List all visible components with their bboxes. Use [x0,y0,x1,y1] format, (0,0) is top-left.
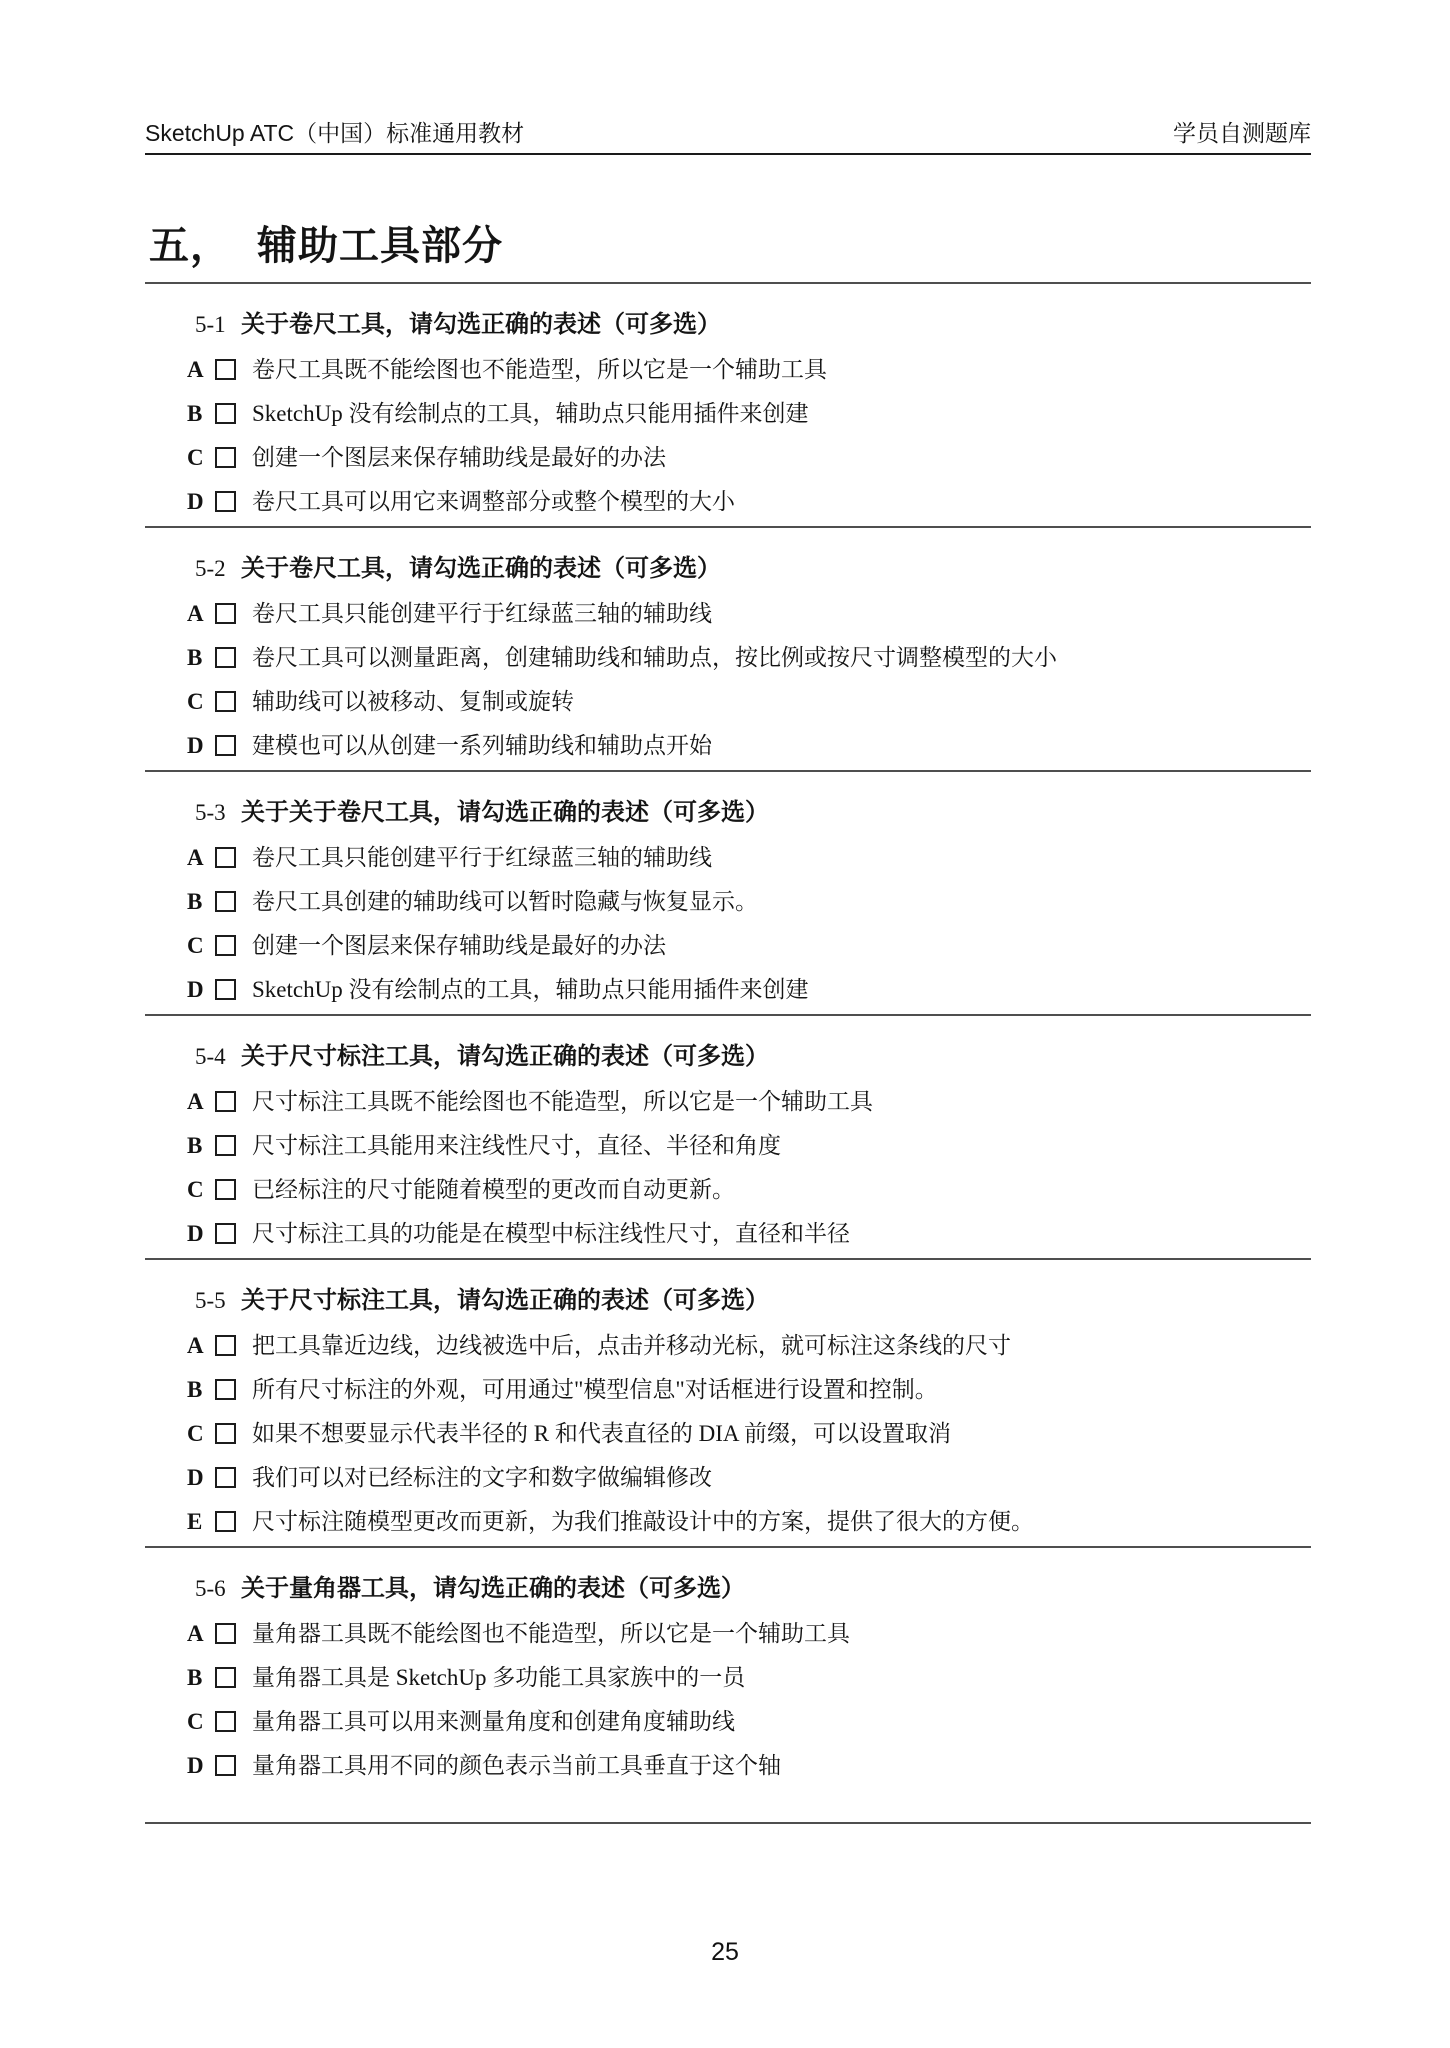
question-section: 5-4关于尺寸标注工具，请勾选正确的表述（可多选） A 尺寸标注工具既不能绘图也… [145,1016,1311,1260]
option-checkbox[interactable] [215,735,236,756]
option-text: 尺寸标注工具的功能是在模型中标注线性尺寸，直径和半径 [252,1218,1311,1250]
option-row: A 卷尺工具只能创建平行于红绿蓝三轴的辅助线 [145,842,1311,874]
option-row: E 尺寸标注随模型更改而更新，为我们推敲设计中的方案，提供了很大的方便。 [145,1506,1311,1538]
option-checkbox[interactable] [215,1379,236,1400]
option-row: B 所有尺寸标注的外观，可用通过"模型信息"对话框进行设置和控制。 [145,1374,1311,1406]
option-row: B 卷尺工具创建的辅助线可以暂时隐藏与恢复显示。 [145,886,1311,918]
option-row: D 我们可以对已经标注的文字和数字做编辑修改 [145,1462,1311,1494]
option-text: SketchUp 没有绘制点的工具，辅助点只能用插件来创建 [252,974,1311,1006]
page-number: 25 [0,1938,1450,1967]
option-text: 我们可以对已经标注的文字和数字做编辑修改 [252,1462,1311,1494]
option-text: 所有尺寸标注的外观，可用通过"模型信息"对话框进行设置和控制。 [252,1374,1311,1406]
option-checkbox[interactable] [215,1667,236,1688]
option-row: D 量角器工具用不同的颜色表示当前工具垂直于这个轴 [145,1750,1311,1782]
question-number: 5-1 [195,308,241,342]
option-letter: C [187,686,215,718]
option-text: 把工具靠近边线，边线被选中后，点击并移动光标，就可标注这条线的尺寸 [252,1330,1311,1362]
question-section: 5-2关于卷尺工具，请勾选正确的表述（可多选） A 卷尺工具只能创建平行于红绿蓝… [145,528,1311,772]
question-header: 5-2关于卷尺工具，请勾选正确的表述（可多选） [145,552,1311,586]
option-text: 卷尺工具只能创建平行于红绿蓝三轴的辅助线 [252,598,1311,630]
option-letter: D [187,1750,215,1782]
option-checkbox[interactable] [215,1467,236,1488]
option-checkbox[interactable] [215,603,236,624]
option-text: 创建一个图层来保存辅助线是最好的办法 [252,930,1311,962]
option-checkbox[interactable] [215,1135,236,1156]
question-text: 关于尺寸标注工具，请勾选正确的表述（可多选） [241,1288,769,1314]
option-checkbox[interactable] [215,691,236,712]
option-text: 量角器工具可以用来测量角度和创建角度辅助线 [252,1706,1311,1738]
option-row: A 卷尺工具只能创建平行于红绿蓝三轴的辅助线 [145,598,1311,630]
option-text: 尺寸标注工具既不能绘图也不能造型，所以它是一个辅助工具 [252,1086,1311,1118]
question-header: 5-6关于量角器工具，请勾选正确的表述（可多选） [145,1572,1311,1606]
question-text: 关于卷尺工具，请勾选正确的表述（可多选） [241,312,721,338]
option-row: A 量角器工具既不能绘图也不能造型，所以它是一个辅助工具 [145,1618,1311,1650]
option-text: 量角器工具既不能绘图也不能造型，所以它是一个辅助工具 [252,1618,1311,1650]
option-letter: D [187,1462,215,1494]
question-number: 5-6 [195,1572,241,1606]
option-checkbox[interactable] [215,979,236,1000]
section-title-text: 辅助工具部分 [257,223,503,268]
option-letter: A [187,354,215,386]
option-checkbox[interactable] [215,1711,236,1732]
option-checkbox[interactable] [215,1179,236,1200]
option-letter: B [187,1374,215,1406]
option-letter: A [187,598,215,630]
header-right-title: 学员自测题库 [1173,118,1311,148]
option-row: C 量角器工具可以用来测量角度和创建角度辅助线 [145,1706,1311,1738]
option-row: C 辅助线可以被移动、复制或旋转 [145,686,1311,718]
option-letter: C [187,1706,215,1738]
option-checkbox[interactable] [215,403,236,424]
header-left-title: SketchUp ATC（中国）标准通用教材 [145,118,524,148]
option-checkbox[interactable] [215,447,236,468]
option-letter: D [187,974,215,1006]
option-row: A 把工具靠近边线，边线被选中后，点击并移动光标，就可标注这条线的尺寸 [145,1330,1311,1362]
option-row: B 尺寸标注工具能用来注线性尺寸，直径、半径和角度 [145,1130,1311,1162]
option-letter: A [187,1330,215,1362]
option-letter: C [187,1418,215,1450]
option-letter: C [187,930,215,962]
option-list: A 尺寸标注工具既不能绘图也不能造型，所以它是一个辅助工具 B 尺寸标注工具能用… [145,1086,1311,1250]
option-text: 辅助线可以被移动、复制或旋转 [252,686,1311,718]
option-text: 量角器工具用不同的颜色表示当前工具垂直于这个轴 [252,1750,1311,1782]
section-title: 五，辅助工具部分 [145,223,1311,269]
question-list: 5-1关于卷尺工具，请勾选正确的表述（可多选） A 卷尺工具既不能绘图也不能造型… [145,284,1311,1824]
option-row: B 量角器工具是 SketchUp 多功能工具家族中的一员 [145,1662,1311,1694]
option-checkbox[interactable] [215,1223,236,1244]
option-checkbox[interactable] [215,1423,236,1444]
option-letter: B [187,1130,215,1162]
question-text: 关于关于卷尺工具，请勾选正确的表述（可多选） [241,800,769,826]
option-text: 量角器工具是 SketchUp 多功能工具家族中的一员 [252,1662,1311,1694]
option-text: 尺寸标注随模型更改而更新，为我们推敲设计中的方案，提供了很大的方便。 [252,1506,1311,1538]
question-number: 5-5 [195,1284,241,1318]
option-text: 卷尺工具只能创建平行于红绿蓝三轴的辅助线 [252,842,1311,874]
option-text: 尺寸标注工具能用来注线性尺寸，直径、半径和角度 [252,1130,1311,1162]
option-row: C 已经标注的尺寸能随着模型的更改而自动更新。 [145,1174,1311,1206]
option-checkbox[interactable] [215,647,236,668]
option-letter: C [187,442,215,474]
option-letter: B [187,398,215,430]
option-checkbox[interactable] [215,935,236,956]
option-list: A 卷尺工具只能创建平行于红绿蓝三轴的辅助线 B 卷尺工具创建的辅助线可以暂时隐… [145,842,1311,1006]
question-number: 5-2 [195,552,241,586]
option-checkbox[interactable] [215,1623,236,1644]
option-checkbox[interactable] [215,1335,236,1356]
question-header: 5-3关于关于卷尺工具，请勾选正确的表述（可多选） [145,796,1311,830]
option-text: 建模也可以从创建一系列辅助线和辅助点开始 [252,730,1311,762]
option-text: SketchUp 没有绘制点的工具，辅助点只能用插件来创建 [252,398,1311,430]
section-title-numeral: 五， [149,223,231,268]
option-letter: A [187,1086,215,1118]
option-text: 卷尺工具创建的辅助线可以暂时隐藏与恢复显示。 [252,886,1311,918]
option-row: C 创建一个图层来保存辅助线是最好的办法 [145,442,1311,474]
option-checkbox[interactable] [215,1091,236,1112]
option-checkbox[interactable] [215,847,236,868]
question-header: 5-5关于尺寸标注工具，请勾选正确的表述（可多选） [145,1284,1311,1318]
option-row: C 如果不想要显示代表半径的 R 和代表直径的 DIA 前缀，可以设置取消 [145,1418,1311,1450]
option-checkbox[interactable] [215,891,236,912]
option-text: 如果不想要显示代表半径的 R 和代表直径的 DIA 前缀，可以设置取消 [252,1418,1311,1450]
page-content: SketchUp ATC（中国）标准通用教材 学员自测题库 五，辅助工具部分 5… [145,118,1311,1824]
option-row: D 卷尺工具可以用它来调整部分或整个模型的大小 [145,486,1311,518]
question-text: 关于卷尺工具，请勾选正确的表述（可多选） [241,556,721,582]
question-header: 5-4关于尺寸标注工具，请勾选正确的表述（可多选） [145,1040,1311,1074]
option-list: A 卷尺工具只能创建平行于红绿蓝三轴的辅助线 B 卷尺工具可以测量距离，创建辅助… [145,598,1311,762]
option-checkbox[interactable] [215,1511,236,1532]
document-page: SketchUp ATC（中国）标准通用教材 学员自测题库 五，辅助工具部分 5… [0,0,1450,2048]
option-letter: E [187,1506,215,1538]
option-row: A 尺寸标注工具既不能绘图也不能造型，所以它是一个辅助工具 [145,1086,1311,1118]
page-header: SketchUp ATC（中国）标准通用教材 学员自测题库 [145,118,1311,155]
question-text: 关于尺寸标注工具，请勾选正确的表述（可多选） [241,1044,769,1070]
option-checkbox[interactable] [215,359,236,380]
option-row: B 卷尺工具可以测量距离，创建辅助线和辅助点，按比例或按尺寸调整模型的大小 [145,642,1311,674]
option-text: 卷尺工具既不能绘图也不能造型，所以它是一个辅助工具 [252,354,1311,386]
option-letter: B [187,642,215,674]
option-list: A 卷尺工具既不能绘图也不能造型，所以它是一个辅助工具 B SketchUp 没… [145,354,1311,518]
option-letter: A [187,842,215,874]
option-row: C 创建一个图层来保存辅助线是最好的办法 [145,930,1311,962]
question-section: 5-6关于量角器工具，请勾选正确的表述（可多选） A 量角器工具既不能绘图也不能… [145,1548,1311,1824]
option-checkbox[interactable] [215,1755,236,1776]
option-text: 卷尺工具可以测量距离，创建辅助线和辅助点，按比例或按尺寸调整模型的大小 [252,642,1311,674]
option-letter: D [187,730,215,762]
question-header: 5-1关于卷尺工具，请勾选正确的表述（可多选） [145,308,1311,342]
option-text: 已经标注的尺寸能随着模型的更改而自动更新。 [252,1174,1311,1206]
option-letter: D [187,1218,215,1250]
question-section: 5-1关于卷尺工具，请勾选正确的表述（可多选） A 卷尺工具既不能绘图也不能造型… [145,284,1311,528]
option-letter: B [187,1662,215,1694]
question-number: 5-3 [195,796,241,830]
option-text: 创建一个图层来保存辅助线是最好的办法 [252,442,1311,474]
option-list: A 把工具靠近边线，边线被选中后，点击并移动光标，就可标注这条线的尺寸 B 所有… [145,1330,1311,1538]
option-row: B SketchUp 没有绘制点的工具，辅助点只能用插件来创建 [145,398,1311,430]
question-section: 5-3关于关于卷尺工具，请勾选正确的表述（可多选） A 卷尺工具只能创建平行于红… [145,772,1311,1016]
option-text: 卷尺工具可以用它来调整部分或整个模型的大小 [252,486,1311,518]
option-row: D SketchUp 没有绘制点的工具，辅助点只能用插件来创建 [145,974,1311,1006]
option-letter: A [187,1618,215,1650]
option-row: D 建模也可以从创建一系列辅助线和辅助点开始 [145,730,1311,762]
option-row: D 尺寸标注工具的功能是在模型中标注线性尺寸，直径和半径 [145,1218,1311,1250]
option-list: A 量角器工具既不能绘图也不能造型，所以它是一个辅助工具 B 量角器工具是 Sk… [145,1618,1311,1782]
option-checkbox[interactable] [215,491,236,512]
question-number: 5-4 [195,1040,241,1074]
option-letter: D [187,486,215,518]
option-row: A 卷尺工具既不能绘图也不能造型，所以它是一个辅助工具 [145,354,1311,386]
question-text: 关于量角器工具，请勾选正确的表述（可多选） [241,1576,745,1602]
option-letter: B [187,886,215,918]
option-letter: C [187,1174,215,1206]
question-section: 5-5关于尺寸标注工具，请勾选正确的表述（可多选） A 把工具靠近边线，边线被选… [145,1260,1311,1548]
